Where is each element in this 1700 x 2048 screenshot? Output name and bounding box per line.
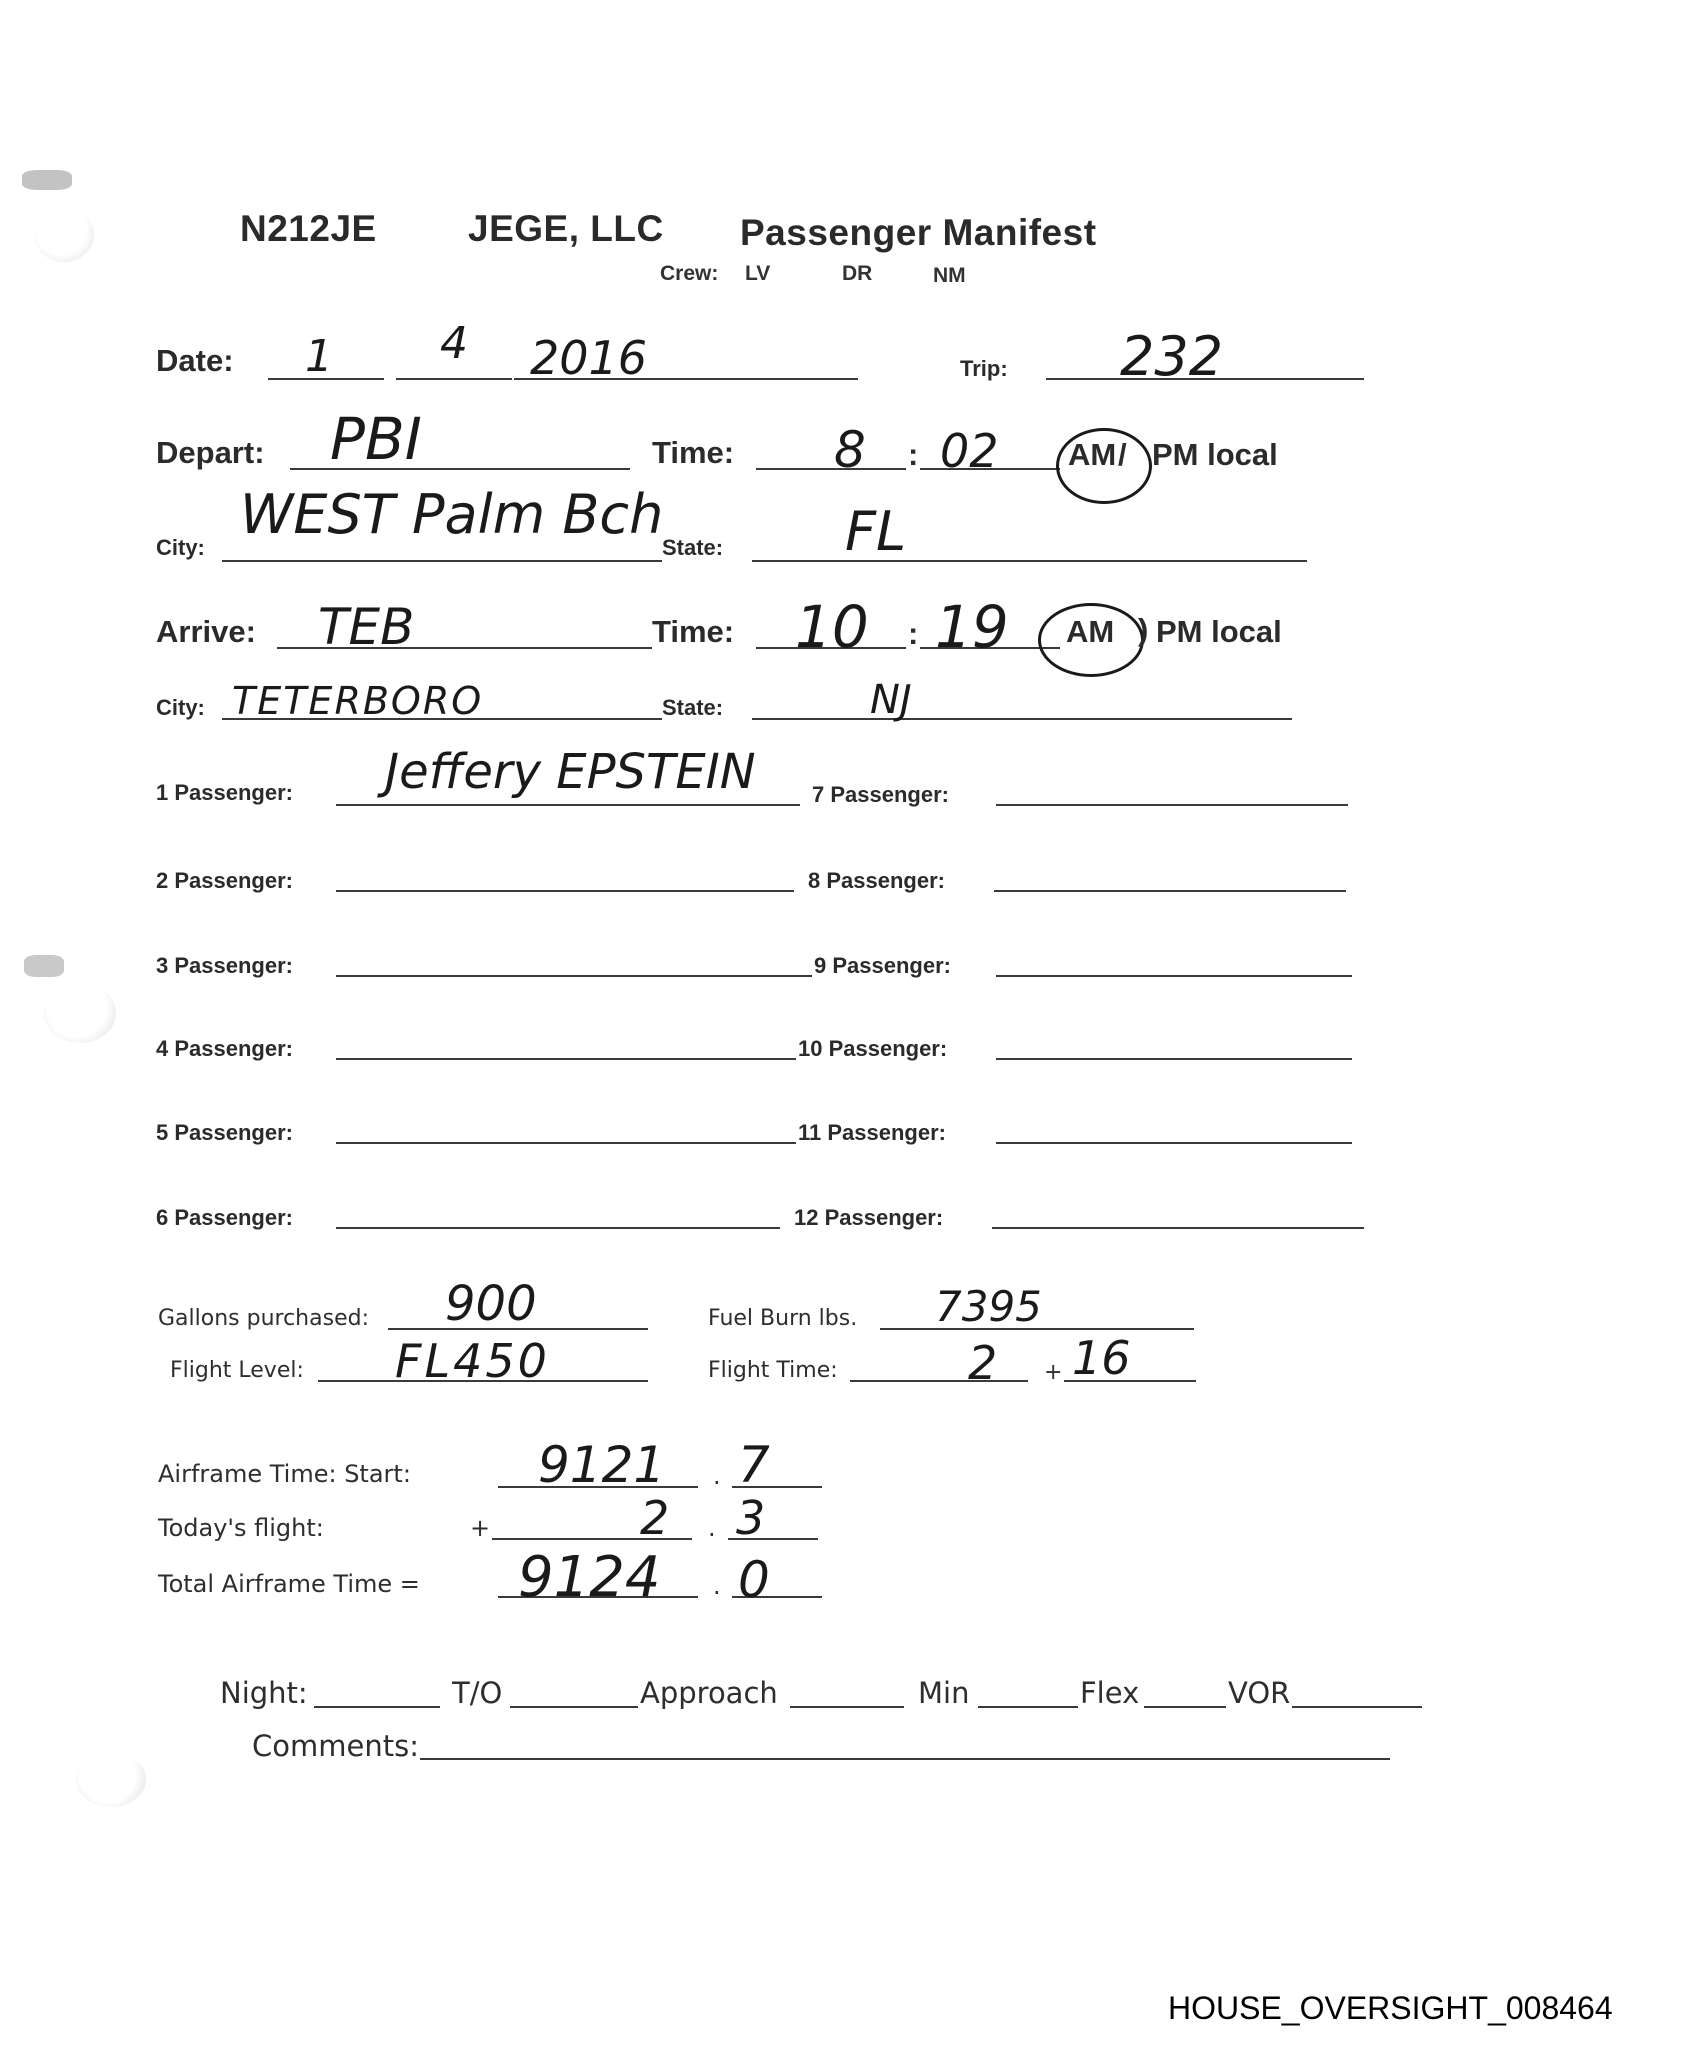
- depart-city-label: City:: [156, 535, 205, 561]
- crew-member-3: NM: [933, 264, 966, 288]
- passenger-7-label: 7 Passenger:: [812, 782, 949, 808]
- depart-state-value: FL: [845, 505, 906, 559]
- gallons-purchased-label: Gallons purchased:: [158, 1306, 369, 1331]
- date-year-value: 2016: [530, 335, 647, 381]
- arrive-city-value: TETERBORO: [232, 682, 483, 720]
- arrive-label: Arrive:: [156, 614, 256, 650]
- flight-level-label: Flight Level:: [170, 1358, 304, 1383]
- date-day-value: 4: [440, 322, 468, 366]
- comments-line[interactable]: [420, 1758, 1390, 1760]
- passenger-5-label: 5 Passenger:: [156, 1120, 293, 1146]
- airframe-start-decimal-value: 7: [738, 1440, 770, 1490]
- crew-label: Crew:: [660, 262, 718, 286]
- depart-value: PBI: [330, 410, 422, 468]
- passenger-6-line[interactable]: [336, 1227, 780, 1229]
- night-label: Night:: [220, 1676, 308, 1710]
- depart-hour-line[interactable]: [756, 468, 906, 470]
- flex-label: Flex: [1080, 1676, 1139, 1710]
- todays-flight-plus: +: [470, 1514, 490, 1542]
- depart-city-value: WEST Palm Bch: [240, 488, 663, 542]
- depart-minute-value: 02: [940, 428, 999, 474]
- arrive-state-value: NJ: [870, 680, 912, 720]
- depart-pm-option[interactable]: PM local: [1152, 437, 1278, 473]
- trip-value: 232: [1120, 330, 1223, 384]
- night-line[interactable]: [314, 1706, 440, 1708]
- airframe-start-dot: .: [713, 1462, 721, 1490]
- passenger-2-label: 2 Passenger:: [156, 868, 293, 894]
- date-day-line[interactable]: [396, 378, 512, 380]
- todays-flight-label: Today's flight:: [158, 1514, 324, 1542]
- arrive-state-label: State:: [662, 695, 723, 721]
- punch-hole-top: [34, 207, 94, 262]
- passenger-1-line[interactable]: [336, 804, 800, 806]
- flight-time-hours-value: 2: [968, 1340, 997, 1386]
- flight-time-minutes-value: 16: [1072, 1335, 1131, 1381]
- fuel-burn-label: Fuel Burn lbs.: [708, 1306, 857, 1331]
- depart-am-option[interactable]: AM: [1068, 437, 1116, 473]
- takeoff-label: T/O: [452, 1676, 502, 1710]
- approach-line[interactable]: [790, 1706, 904, 1708]
- gallons-purchased-value: 900: [445, 1280, 537, 1328]
- arrive-am-option[interactable]: AM: [1066, 614, 1114, 650]
- passenger-2-line[interactable]: [336, 890, 794, 892]
- passenger-1-name: Jeffery EPSTEIN: [385, 748, 756, 796]
- arrive-city-label: City:: [156, 695, 205, 721]
- flight-level-value: FL450: [395, 1338, 550, 1384]
- punch-hole-middle: [44, 983, 116, 1043]
- bates-number: HOUSE_OVERSIGHT_008464: [1168, 1990, 1613, 2027]
- depart-time-label: Time:: [652, 435, 734, 471]
- time-colon: :: [908, 437, 918, 473]
- flex-line[interactable]: [1144, 1706, 1226, 1708]
- scan-artifact: [22, 170, 72, 190]
- arrive-minute-value: 19: [935, 598, 1009, 656]
- min-label: Min: [918, 1676, 969, 1710]
- takeoff-line[interactable]: [510, 1706, 638, 1708]
- arrive-time-label: Time:: [652, 614, 734, 650]
- flight-time-separator: +: [1044, 1360, 1062, 1385]
- trip-label: Trip:: [960, 356, 1008, 382]
- passenger-9-label: 9 Passenger:: [814, 953, 951, 979]
- min-line[interactable]: [978, 1706, 1078, 1708]
- depart-city-line[interactable]: [222, 560, 662, 562]
- flight-time-hours-line[interactable]: [850, 1380, 1028, 1382]
- todays-flight-decimal-value: 3: [736, 1495, 765, 1541]
- depart-ampm-separator: /: [1118, 437, 1127, 473]
- passenger-8-line[interactable]: [994, 890, 1346, 892]
- passenger-10-label: 10 Passenger:: [798, 1036, 947, 1062]
- crew-member-1: LV: [745, 262, 770, 286]
- arrive-pm-option[interactable]: PM local: [1156, 614, 1282, 650]
- vor-line[interactable]: [1292, 1706, 1422, 1708]
- arrive-state-line[interactable]: [752, 718, 1292, 720]
- approach-label: Approach: [640, 1676, 778, 1710]
- comments-label: Comments:: [252, 1729, 419, 1763]
- crew-member-2: DR: [842, 262, 872, 286]
- passenger-12-line[interactable]: [992, 1227, 1364, 1229]
- passenger-7-line[interactable]: [996, 804, 1348, 806]
- arrive-hour-value: 10: [795, 598, 869, 656]
- total-airframe-label: Total Airframe Time =: [158, 1570, 420, 1598]
- date-month-value: 1: [305, 335, 333, 379]
- passenger-10-line[interactable]: [996, 1058, 1352, 1060]
- passenger-1-label: 1 Passenger:: [156, 780, 293, 806]
- passenger-3-label: 3 Passenger:: [156, 953, 293, 979]
- scan-artifact: [24, 955, 64, 977]
- airframe-start-label: Airframe Time: Start:: [158, 1460, 411, 1488]
- page-title: Passenger Manifest: [740, 212, 1097, 254]
- depart-label: Depart:: [156, 435, 265, 471]
- depart-state-line[interactable]: [752, 560, 1307, 562]
- company-name: JEGE, LLC: [468, 208, 664, 250]
- tail-number: N212JE: [240, 208, 377, 250]
- passenger-11-label: 11 Passenger:: [798, 1120, 946, 1146]
- passenger-5-line[interactable]: [336, 1142, 796, 1144]
- total-airframe-dot: .: [713, 1572, 721, 1600]
- arrive-value: TEB: [318, 602, 414, 652]
- passenger-11-line[interactable]: [996, 1142, 1352, 1144]
- passenger-4-line[interactable]: [336, 1058, 796, 1060]
- vor-label: VOR: [1228, 1676, 1290, 1710]
- date-label: Date:: [156, 343, 234, 379]
- passenger-3-line[interactable]: [336, 975, 812, 977]
- passenger-8-label: 8 Passenger:: [808, 868, 945, 894]
- airframe-start-whole-value: 9121: [538, 1440, 665, 1490]
- passenger-9-line[interactable]: [996, 975, 1352, 977]
- punch-hole-bottom: [76, 1752, 146, 1807]
- flight-time-label: Flight Time:: [708, 1358, 838, 1383]
- fuel-burn-value: 7395: [935, 1286, 1042, 1328]
- depart-state-label: State:: [662, 535, 723, 561]
- passenger-4-label: 4 Passenger:: [156, 1036, 293, 1062]
- passenger-6-label: 6 Passenger:: [156, 1205, 293, 1231]
- passenger-12-label: 12 Passenger:: [794, 1205, 943, 1231]
- total-airframe-whole-value: 9124: [518, 1550, 661, 1606]
- depart-hour-value: 8: [834, 425, 866, 475]
- todays-flight-whole-value: 2: [640, 1495, 669, 1541]
- total-airframe-decimal-value: 0: [738, 1555, 770, 1605]
- time-colon: :: [908, 616, 918, 652]
- arrive-ampm-separator: ): [1138, 612, 1148, 648]
- todays-flight-dot: .: [708, 1514, 716, 1542]
